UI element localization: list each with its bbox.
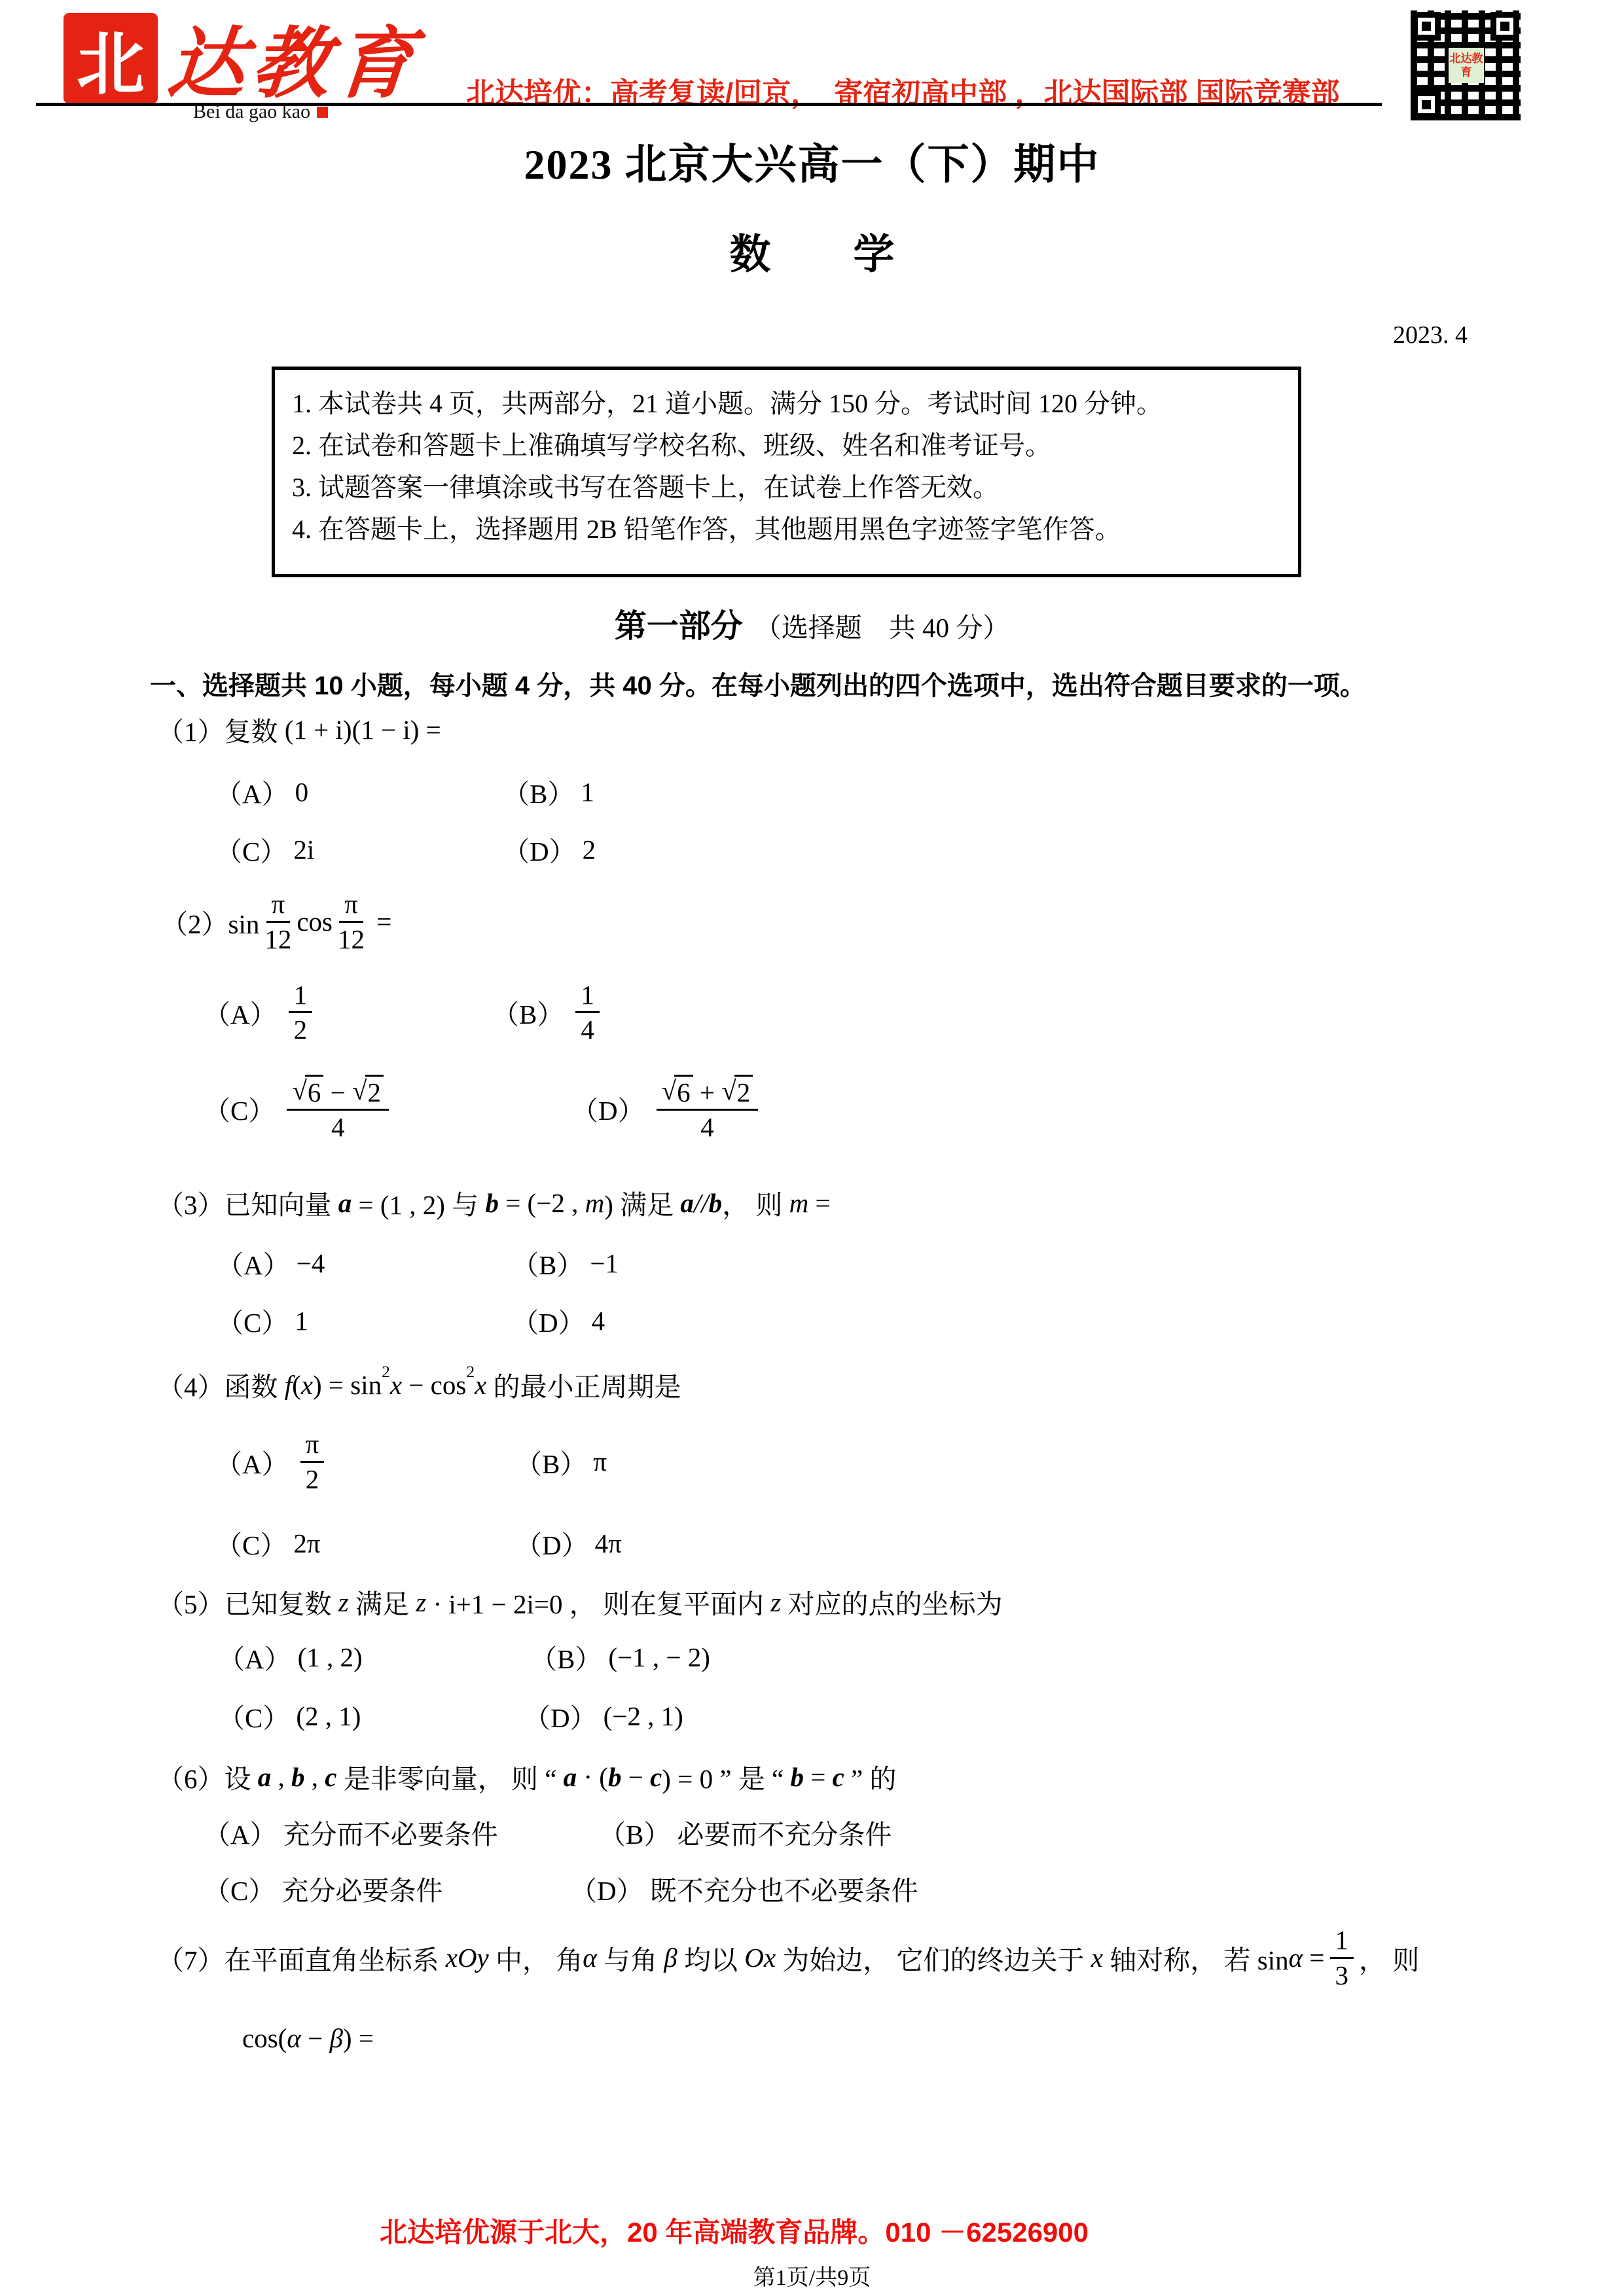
qr-finder-bottomleft-icon [1412, 90, 1441, 119]
exam-title: 2023 北京大兴高一（下）期中 [0, 131, 1624, 191]
question-3-option-a: （A）−4 [217, 1244, 325, 1282]
question-7-stem-line2: cos(α − β) = [242, 2022, 374, 2054]
option-value: 4 [592, 1305, 605, 1336]
exam-page: 北 达教育 Bei da gao kao 北达培优：高考复读/回京， 寄宿初高中… [0, 0, 1624, 2296]
option-value: −4 [297, 1247, 325, 1279]
question-4-option-d: （D）4π [515, 1524, 622, 1562]
question-4-option-c: （C）2π [215, 1524, 321, 1562]
notice-line-1: 1. 本试卷共 4 页，共两部分，21 道小题。满分 150 分。考试时间 12… [292, 383, 1291, 425]
option-value: 1 [581, 776, 594, 808]
option-value: 4π [595, 1528, 622, 1559]
option-value: 1 [295, 1305, 308, 1336]
option-value: 14 [570, 980, 605, 1045]
option-label: （C） [218, 1696, 289, 1735]
question-2-option-a: （A）12 [204, 980, 317, 1045]
option-value: π2 [295, 1429, 330, 1494]
option-label: （C） [204, 1869, 275, 1908]
part1-heading: 第一部分（选择题 共 40 分） [0, 601, 1624, 647]
option-value: 2π [293, 1528, 320, 1559]
option-value: −1 [590, 1247, 619, 1279]
question-5-option-b: （B）(−1 , − 2) [530, 1638, 710, 1676]
option-label: （C） [215, 830, 287, 869]
qr-center-logo: 北达教育 [1449, 48, 1484, 83]
option-label: （D） [570, 1869, 643, 1908]
exam-date: 2023. 4 [1393, 321, 1468, 350]
question-2-option-c: （C）√6 − √24 [204, 1075, 394, 1142]
option-label: （B） [492, 993, 564, 1031]
qr-finder-topleft-icon [1412, 12, 1441, 41]
question-5-option-c: （C）(2 , 1) [218, 1696, 361, 1735]
page-number: 第1页/共9页 [0, 2259, 1624, 2291]
option-label: （A） [218, 1638, 291, 1676]
question-6-option-d: （D）既不充分也不必要条件 [570, 1869, 918, 1908]
option-value: (−1 , − 2) [608, 1641, 710, 1673]
option-label: （D） [524, 1696, 597, 1735]
option-value: 既不充分也不必要条件 [650, 1869, 918, 1908]
option-value: (2 , 1) [296, 1700, 361, 1732]
question-1-option-b: （B）1 [503, 772, 594, 811]
option-label: （A） [217, 1244, 290, 1282]
option-label: （B） [512, 1244, 583, 1282]
option-label: （C） [204, 1089, 275, 1128]
question-7-stem: （7）在平面直角坐标系 xOy 中， 角α 与角 β 均以 Ox 为始边， 它们… [157, 1919, 1419, 1996]
option-label: （A） [204, 993, 277, 1031]
brand-seal-char: 北 [77, 9, 145, 107]
question-1-option-a: （A）0 [215, 772, 308, 811]
exam-notice-box: 1. 本试卷共 4 页，共两部分，21 道小题。满分 150 分。考试时间 12… [272, 367, 1301, 577]
option-value: 2i [293, 834, 314, 865]
option-label: （A） [215, 1443, 289, 1481]
footer-slogan: 北达培优源于北大，20 年高端教育品牌。010 －62526900 [380, 2211, 1089, 2250]
question-4-option-b: （B）π [515, 1427, 607, 1496]
question-6-option-c: （C）充分必要条件 [204, 1869, 442, 1908]
option-label: （D） [571, 1089, 645, 1128]
part1-heading-note: （选择题 共 40 分） [755, 613, 1010, 643]
option-value: √6 − √24 [281, 1075, 394, 1142]
option-value: 充分而不必要条件 [283, 1813, 498, 1852]
question-5-stem: （5）已知复数 z 满足 z · i+1 − 2i=0 ， 则在复平面内 z 对… [157, 1583, 1002, 1621]
option-label: （B） [515, 1443, 586, 1481]
question-2-stem: （2）sinπ12cosπ12 = [161, 885, 391, 958]
question-6-stem: （6）设 a , b , c 是非零向量， 则 “ a · (b − c) = … [157, 1757, 897, 1796]
exam-subject: 数 学 [0, 221, 1624, 281]
question-1-option-d: （D）2 [503, 830, 596, 869]
option-value: 0 [295, 776, 309, 808]
option-value: 充分必要条件 [281, 1869, 442, 1908]
question-5-option-a: （A）(1 , 2) [218, 1638, 363, 1676]
notice-line-4: 4. 在答题卡上，选择题用 2B 铅笔作答，其他题用黑色字迹签字笔作答。 [292, 509, 1291, 550]
option-value: 12 [283, 980, 318, 1045]
question-6-option-b: （B）必要而不充分条件 [599, 1813, 892, 1852]
qr-finder-topright-icon [1490, 12, 1519, 41]
option-label: （D） [503, 830, 576, 869]
question-2-option-b: （B）14 [492, 980, 605, 1045]
question-3-option-d: （D）4 [512, 1301, 605, 1340]
question-1-stem: （1）复数 (1 + i)(1 − i) = [157, 710, 441, 749]
option-value: (1 , 2) [298, 1641, 363, 1673]
question-4-stem: （4）函数 f(x) = sin2x − cos2x 的最小正周期是 [157, 1365, 681, 1404]
option-value: √6 + √24 [651, 1075, 764, 1142]
part1-instruction: 一、选择题共 10 小题，每小题 4 分，共 40 分。在每小题列出的四个选项中… [150, 665, 1511, 702]
option-label: （B） [599, 1813, 670, 1852]
option-label: （B） [530, 1638, 602, 1676]
question-3-stem: （3）已知向量 a = (1 , 2) 与 b = (−2 , m) 满足 a/… [157, 1183, 831, 1222]
question-6-option-a: （A）充分而不必要条件 [204, 1813, 498, 1852]
option-label: （B） [503, 772, 574, 811]
question-5-option-d: （D）(−2 , 1) [524, 1696, 683, 1735]
option-value: 2 [583, 834, 596, 865]
brand-seal: 北 [62, 12, 159, 105]
red-square-icon [317, 107, 328, 118]
question-1-option-c: （C）2i [215, 830, 314, 869]
option-label: （D） [515, 1524, 588, 1562]
option-value: 必要而不充分条件 [677, 1813, 892, 1852]
question-4-option-a: （A）π2 [215, 1427, 329, 1496]
option-label: （D） [512, 1301, 585, 1340]
option-label: （A） [204, 1813, 277, 1852]
option-value: (−2 , 1) [604, 1700, 683, 1732]
question-3-option-b: （B）−1 [512, 1244, 619, 1282]
option-label: （C） [217, 1301, 288, 1340]
question-3-option-c: （C）1 [217, 1301, 308, 1340]
option-label: （C） [215, 1524, 287, 1562]
part1-heading-main: 第一部分 [615, 609, 743, 644]
qr-code: 北达教育 [1411, 10, 1521, 120]
notice-line-3: 3. 试题答案一律填涂或书写在答题卡上，在试卷上作答无效。 [292, 467, 1291, 509]
header-divider [36, 103, 1382, 106]
question-2-option-d: （D）√6 + √24 [571, 1075, 763, 1142]
option-label: （A） [215, 772, 289, 811]
option-value: π [593, 1446, 607, 1477]
notice-line-2: 2. 在试卷和答题卡上准确填写学校名称、班级、姓名和准考证号。 [292, 425, 1291, 467]
